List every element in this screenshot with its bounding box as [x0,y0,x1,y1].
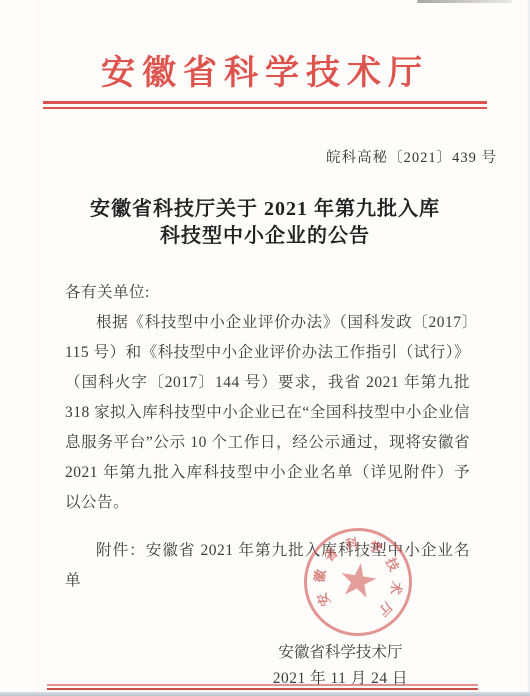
signature-inner: 安徽省科学技术厅 2021 年 11 月 24 日 [273,640,408,692]
letterhead-agency-name: 安徽省科学技术厅 [0,0,530,94]
document-body: 各有关单位: 根据《科技型中小企业评价办法》（国科发政〔2017〕115 号）和… [65,278,470,596]
document-title-line2: 科技型中小企业的公告 [0,223,530,250]
scanned-official-document: 安徽省科学技术厅 皖科高秘〔2021〕439 号 安徽省科技厅关于 2021 年… [0,0,530,696]
scan-bottom-edge [0,692,530,696]
scan-fold-line [38,0,39,696]
document-title-line1: 安徽省科技厅关于 2021 年第九批入库 [0,196,530,223]
scan-artifact-smudge [417,0,512,3]
body-paragraph: 根据《科技型中小企业评价办法》（国科发政〔2017〕115 号）和《科技型中小企… [65,308,470,518]
letterhead-double-rule [43,101,487,109]
document-number: 皖科高秘〔2021〕439 号 [0,146,497,167]
signature-date: 2021 年 11 月 24 日 [273,666,408,692]
attachment-line: 附件：安徽省 2021 年第九批入库科技型中小企业名单 [65,536,470,596]
seal-character: 厅 [375,599,395,619]
document-title: 安徽省科技厅关于 2021 年第九批入库 科技型中小企业的公告 [0,196,530,250]
salutation: 各有关单位: [65,278,470,308]
signature-block: 安徽省科学技术厅 2021 年 11 月 24 日 [0,640,426,692]
signature-agency: 安徽省科学技术厅 [273,640,408,666]
